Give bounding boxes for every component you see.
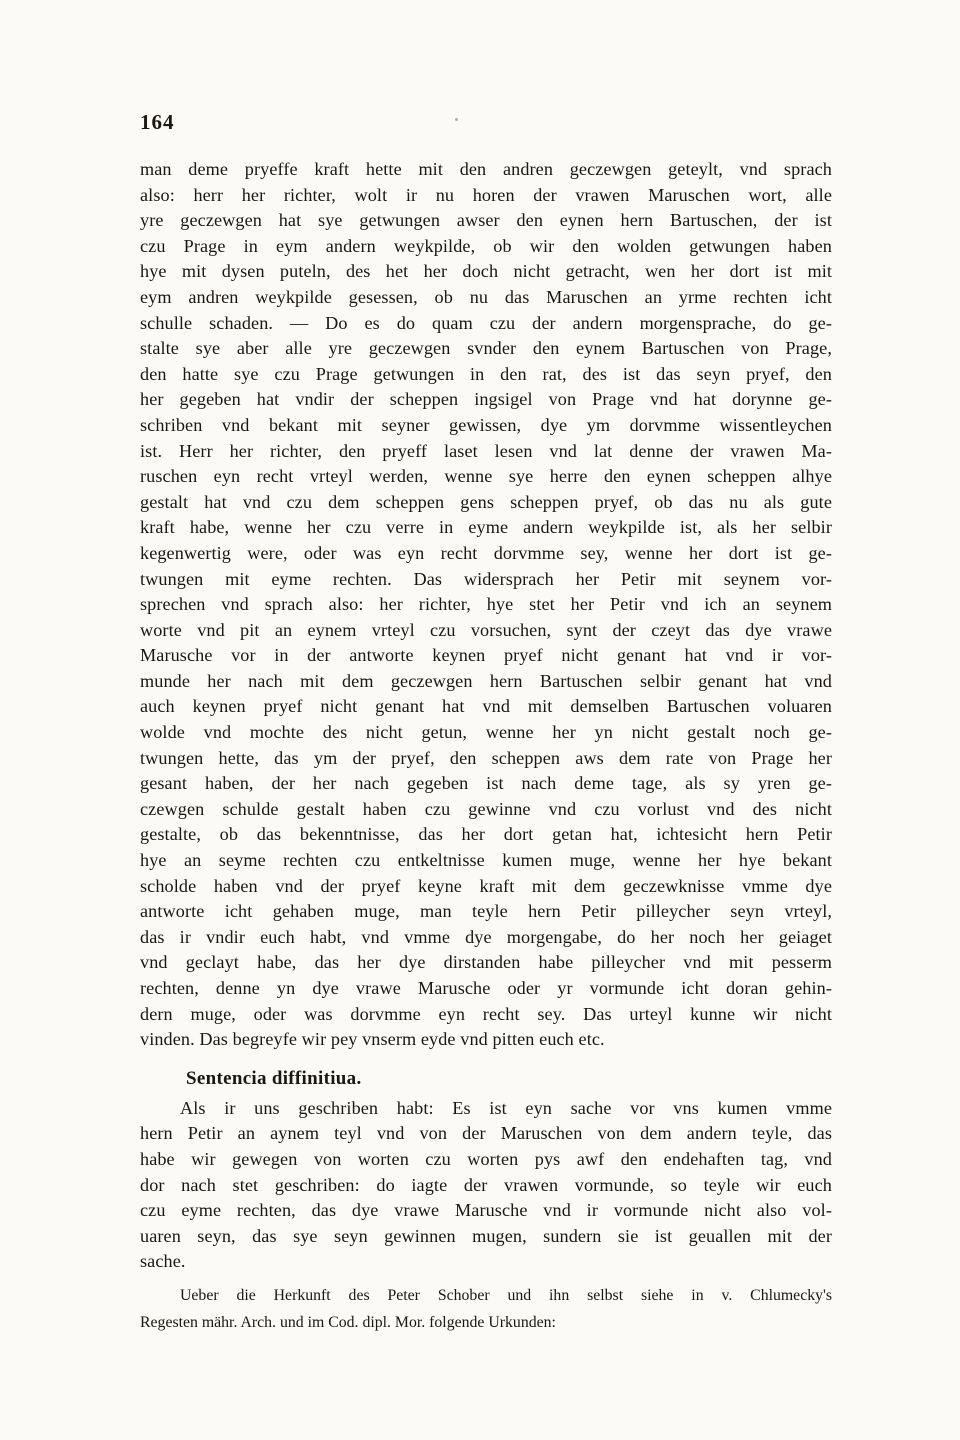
text-line: twungen hette, das ym der pryef, den sch… (140, 746, 832, 772)
text-line: yre geczewgen hat sye getwungen awser de… (140, 208, 832, 234)
text-line: vnd geclayt habe, das her dye dirstanden… (140, 950, 832, 976)
text-line: ist. Herr her richter, den pryeff laset … (140, 439, 832, 465)
text-line: sprechen vnd sprach also: her richter, h… (140, 592, 832, 618)
text-line: also: herr her richter, wolt ir nu horen… (140, 183, 832, 209)
text-line: gestalte, ob das bekenntnisse, das her d… (140, 822, 832, 848)
text-line: kegenwertig were, oder was eyn recht dor… (140, 541, 832, 567)
text-line: gesant haben, der her nach gegeben ist n… (140, 771, 832, 797)
text-line: ruschen eyn recht vrteyl werden, wenne s… (140, 464, 832, 490)
scanned-book-page: { "page": { "number": "164" }, "colors":… (0, 0, 960, 1440)
text-line: uaren seyn, das sye seyn gewinnen mugen,… (140, 1224, 832, 1250)
text-line: rechten, denne yn dye vrawe Marusche ode… (140, 976, 832, 1002)
text-line: schriben vnd bekant mit seyner gewissen,… (140, 413, 832, 439)
text-line: her gegeben hat vndir der scheppen ingsi… (140, 387, 832, 413)
text-line: worte vnd pit an eynem vrteyl czu vorsuc… (140, 618, 832, 644)
text-line: Regesten mähr. Arch. und im Cod. dipl. M… (140, 1309, 832, 1337)
text-line: den hatte sye czu Prage getwungen in den… (140, 362, 832, 388)
section-heading: Sentencia diffinitiua. (186, 1066, 832, 1092)
text-line: hye mit dysen puteln, des het her doch n… (140, 259, 832, 285)
text-line: Als ir uns geschriben habt: Es ist eyn s… (140, 1096, 832, 1122)
scan-artifact-dot (455, 118, 458, 121)
page-number: 164 (140, 110, 175, 135)
text-line: auch keynen pryef nicht genant hat vnd m… (140, 694, 832, 720)
text-line: das ir vndir euch habt, vnd vmme dye mor… (140, 925, 832, 951)
text-line: schulle schaden. — Do es do quam czu der… (140, 311, 832, 337)
text-line: Marusche vor in der antworte keynen prye… (140, 643, 832, 669)
text-line: Ueber die Herkunft des Peter Schober und… (140, 1282, 832, 1310)
text-line: czewgen schulde gestalt haben czu gewinn… (140, 797, 832, 823)
text-line: man deme pryeffe kraft hette mit den and… (140, 157, 832, 183)
text-line: munde her nach mit dem geczewgen hern Ba… (140, 669, 832, 695)
sentencia-paragraph: Als ir uns geschriben habt: Es ist eyn s… (140, 1096, 832, 1275)
text-line: kraft habe, wenne her czu verre in eyme … (140, 515, 832, 541)
text-line: dor nach stet geschriben: do iagte der v… (140, 1173, 832, 1199)
main-text: man deme pryeffe kraft hette mit den and… (140, 157, 832, 1337)
text-line: gestalt hat vnd czu dem scheppen gens sc… (140, 490, 832, 516)
text-line: dern muge, oder was dorvmme eyn recht se… (140, 1002, 832, 1028)
text-line: hern Petir an aynem teyl vnd von der Mar… (140, 1121, 832, 1147)
text-line: habe wir gewegen von worten czu worten p… (140, 1147, 832, 1173)
text-line: sache. (140, 1249, 832, 1275)
text-line: scholde haben vnd der pryef keyne kraft … (140, 874, 832, 900)
text-line: czu Prage in eym andern weykpilde, ob wi… (140, 234, 832, 260)
text-line: eym andren weykpilde gesessen, ob nu das… (140, 285, 832, 311)
text-line: antworte icht gehaben muge, man teyle he… (140, 899, 832, 925)
text-line: vinden. Das begreyfe wir pey vnserm eyde… (140, 1027, 832, 1053)
footnote: Ueber die Herkunft des Peter Schober und… (140, 1282, 832, 1337)
text-line: hye an seyme rechten czu entkeltnisse ku… (140, 848, 832, 874)
text-line: stalte sye aber alle yre geczewgen svnde… (140, 336, 832, 362)
paragraph-continuation: man deme pryeffe kraft hette mit den and… (140, 157, 832, 1053)
text-line: wolde vnd mochte des nicht getun, wenne … (140, 720, 832, 746)
text-line: czu eyme rechten, das dye vrawe Marusche… (140, 1198, 832, 1224)
text-line: twungen mit eyme rechten. Das widersprac… (140, 567, 832, 593)
